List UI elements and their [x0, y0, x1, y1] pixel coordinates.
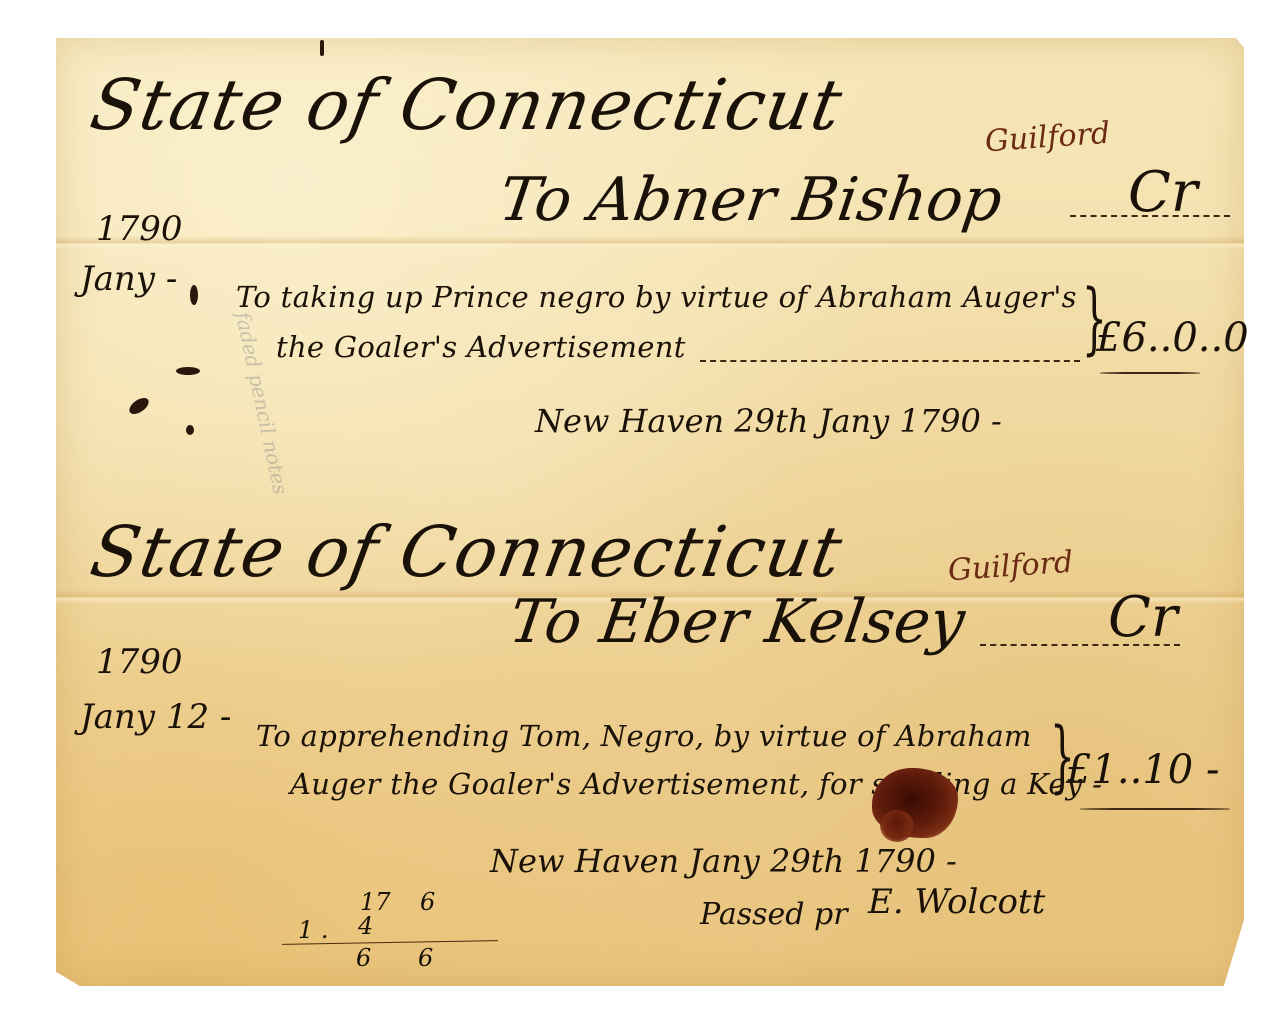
entry-date: Jany 12 -	[80, 700, 231, 734]
signature-prefix: Passed pr	[700, 900, 848, 930]
town-annotation: Guilford	[947, 548, 1074, 587]
entry-amount: £1..10 -	[1066, 750, 1219, 790]
dashed-rule	[700, 360, 1080, 362]
entry-description-line: Auger the Goaler's Advertisement, for st…	[290, 770, 1102, 799]
entry-heading: State of Connecticut	[86, 70, 848, 140]
credit-mark: Cr	[1108, 590, 1178, 646]
place-date: New Haven 29th Jany 1790 -	[535, 405, 1002, 437]
tally-top-middle: 17	[360, 890, 391, 914]
entry-year: 1790	[96, 645, 183, 679]
tally-top-right: 6	[420, 890, 435, 914]
entry-heading: State of Connecticut	[86, 517, 848, 587]
credit-mark: Cr	[1128, 165, 1198, 221]
payee-name: To Abner Bishop	[496, 170, 1006, 230]
entry-description-line: To apprehending Tom, Negro, by virtue of…	[256, 722, 1032, 751]
place-date: New Haven Jany 29th 1790 -	[490, 845, 957, 877]
entry-year: 1790	[96, 212, 183, 246]
tally-left: 1 .	[298, 918, 329, 942]
ink-smudge	[190, 285, 198, 305]
ink-mark	[320, 40, 324, 56]
town-annotation: Guilford	[984, 119, 1111, 158]
amount-underline	[1100, 372, 1200, 374]
entry-amount: £6..0..0	[1096, 318, 1249, 358]
entry-date: Jany -	[80, 262, 177, 296]
payee-name: To Eber Kelsey	[506, 592, 969, 652]
tally-bottom-right: 6	[418, 946, 433, 970]
entry-description-line: the Goaler's Advertisement	[276, 333, 686, 362]
ink-blot	[880, 810, 914, 842]
tally-bottom-middle: 6	[356, 946, 371, 970]
signature-name: E. Wolcott	[868, 885, 1045, 919]
amount-underline	[1080, 808, 1230, 810]
tally-middle: 4	[358, 914, 373, 938]
entry-description-line: To taking up Prince negro by virtue of A…	[236, 283, 1077, 312]
fold-crease	[56, 236, 1244, 250]
